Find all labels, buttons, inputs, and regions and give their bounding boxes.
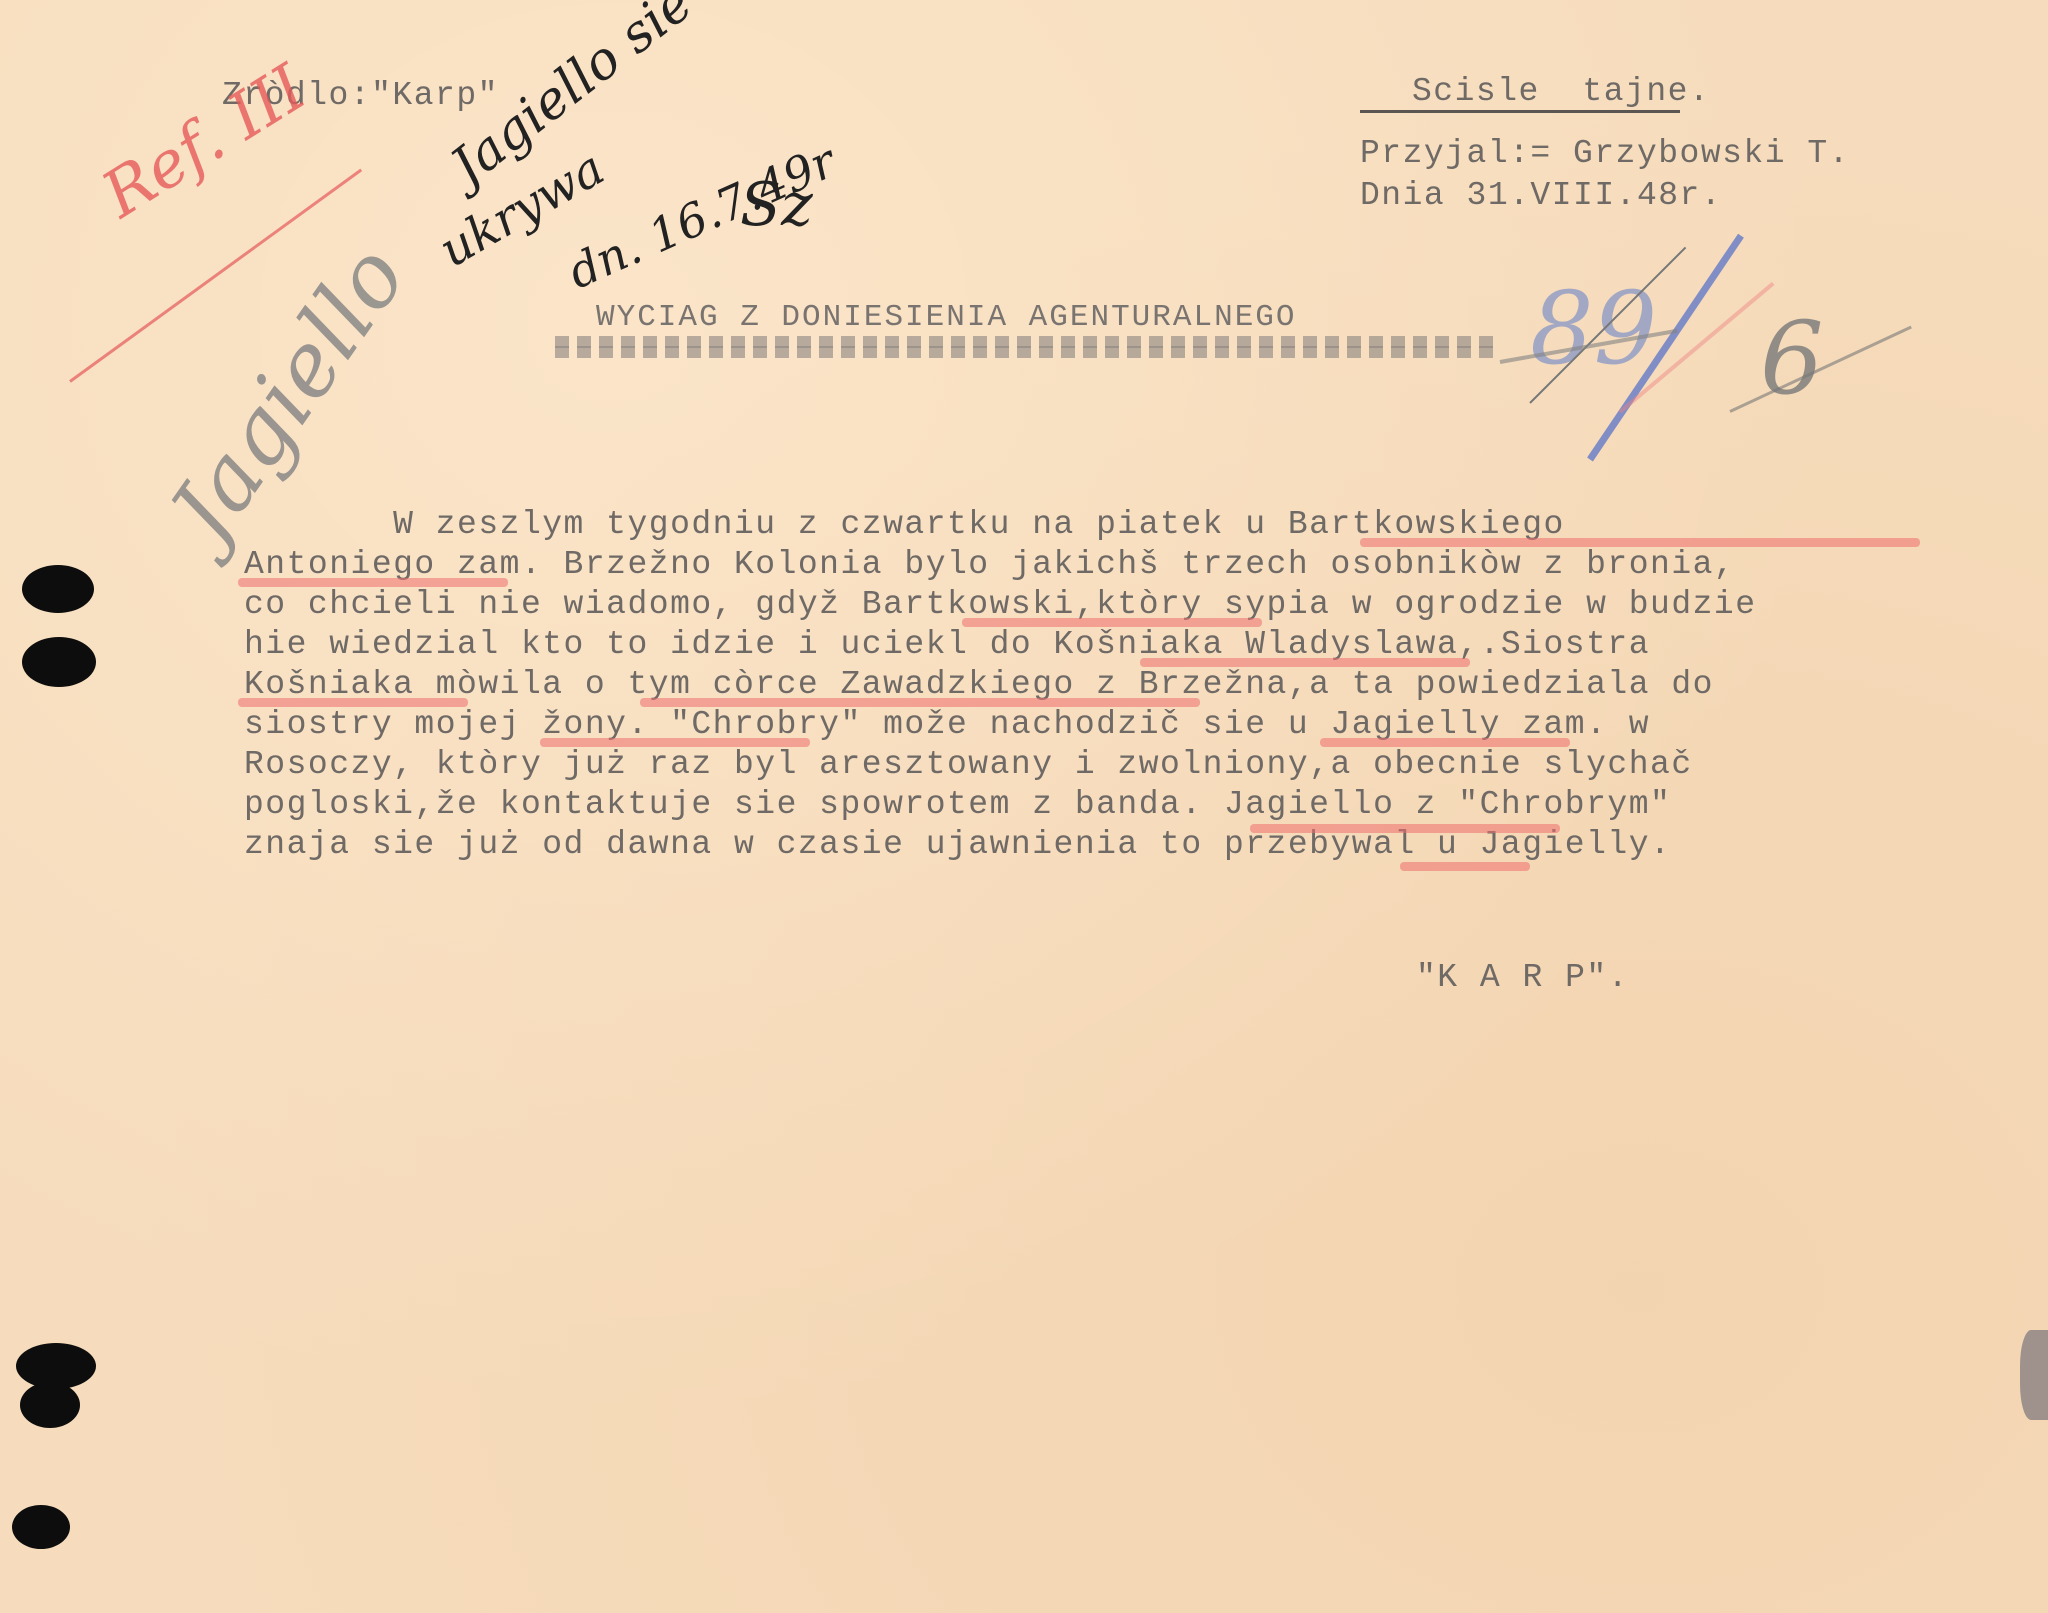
signature: "K A R P".: [1416, 958, 1629, 998]
punch-hole: [20, 1382, 80, 1428]
document-title: WYCIAG Z DONIESIENIA AGENTURALNEGO: [596, 298, 1297, 338]
black-ink-initials: Sz: [740, 170, 813, 240]
red-underline: [1400, 862, 1530, 871]
received-by: Przyjal:= Grzybowski T.: [1360, 134, 1850, 174]
classification-underline: [1360, 110, 1680, 113]
red-underline: [962, 618, 1262, 627]
classification-label: Scisle tajne.: [1412, 72, 1710, 112]
date-line: Dnia 31.VIII.48r.: [1360, 176, 1722, 216]
punch-hole: [22, 637, 96, 687]
red-underline: [1140, 658, 1470, 667]
red-underline: [640, 698, 1200, 707]
red-underline: [238, 578, 508, 587]
red-underline: [238, 698, 468, 707]
punch-hole: [12, 1505, 70, 1549]
red-underline: [1360, 538, 1920, 547]
body-line: pogloski,že kontaktuje sie spowrotem z b…: [244, 785, 1757, 825]
red-underline: [540, 738, 810, 747]
body-line: Rosoczy, ktòry już raz byl aresztowany i…: [244, 745, 1757, 785]
red-underline: [1250, 824, 1560, 833]
body-line: hie wiedzial kto to idzie i uciekl do Ko…: [244, 625, 1757, 665]
paper-stain: [2020, 1330, 2048, 1420]
title-double-underline: [555, 346, 1495, 358]
grey-pencil-number: 6: [1760, 300, 1824, 417]
punch-hole: [22, 565, 94, 613]
red-underline: [1320, 738, 1570, 747]
blue-pencil-number: 89: [1530, 270, 1657, 387]
report-body: W zeszlym tygodniu z czwartku na piatek …: [244, 505, 1757, 865]
